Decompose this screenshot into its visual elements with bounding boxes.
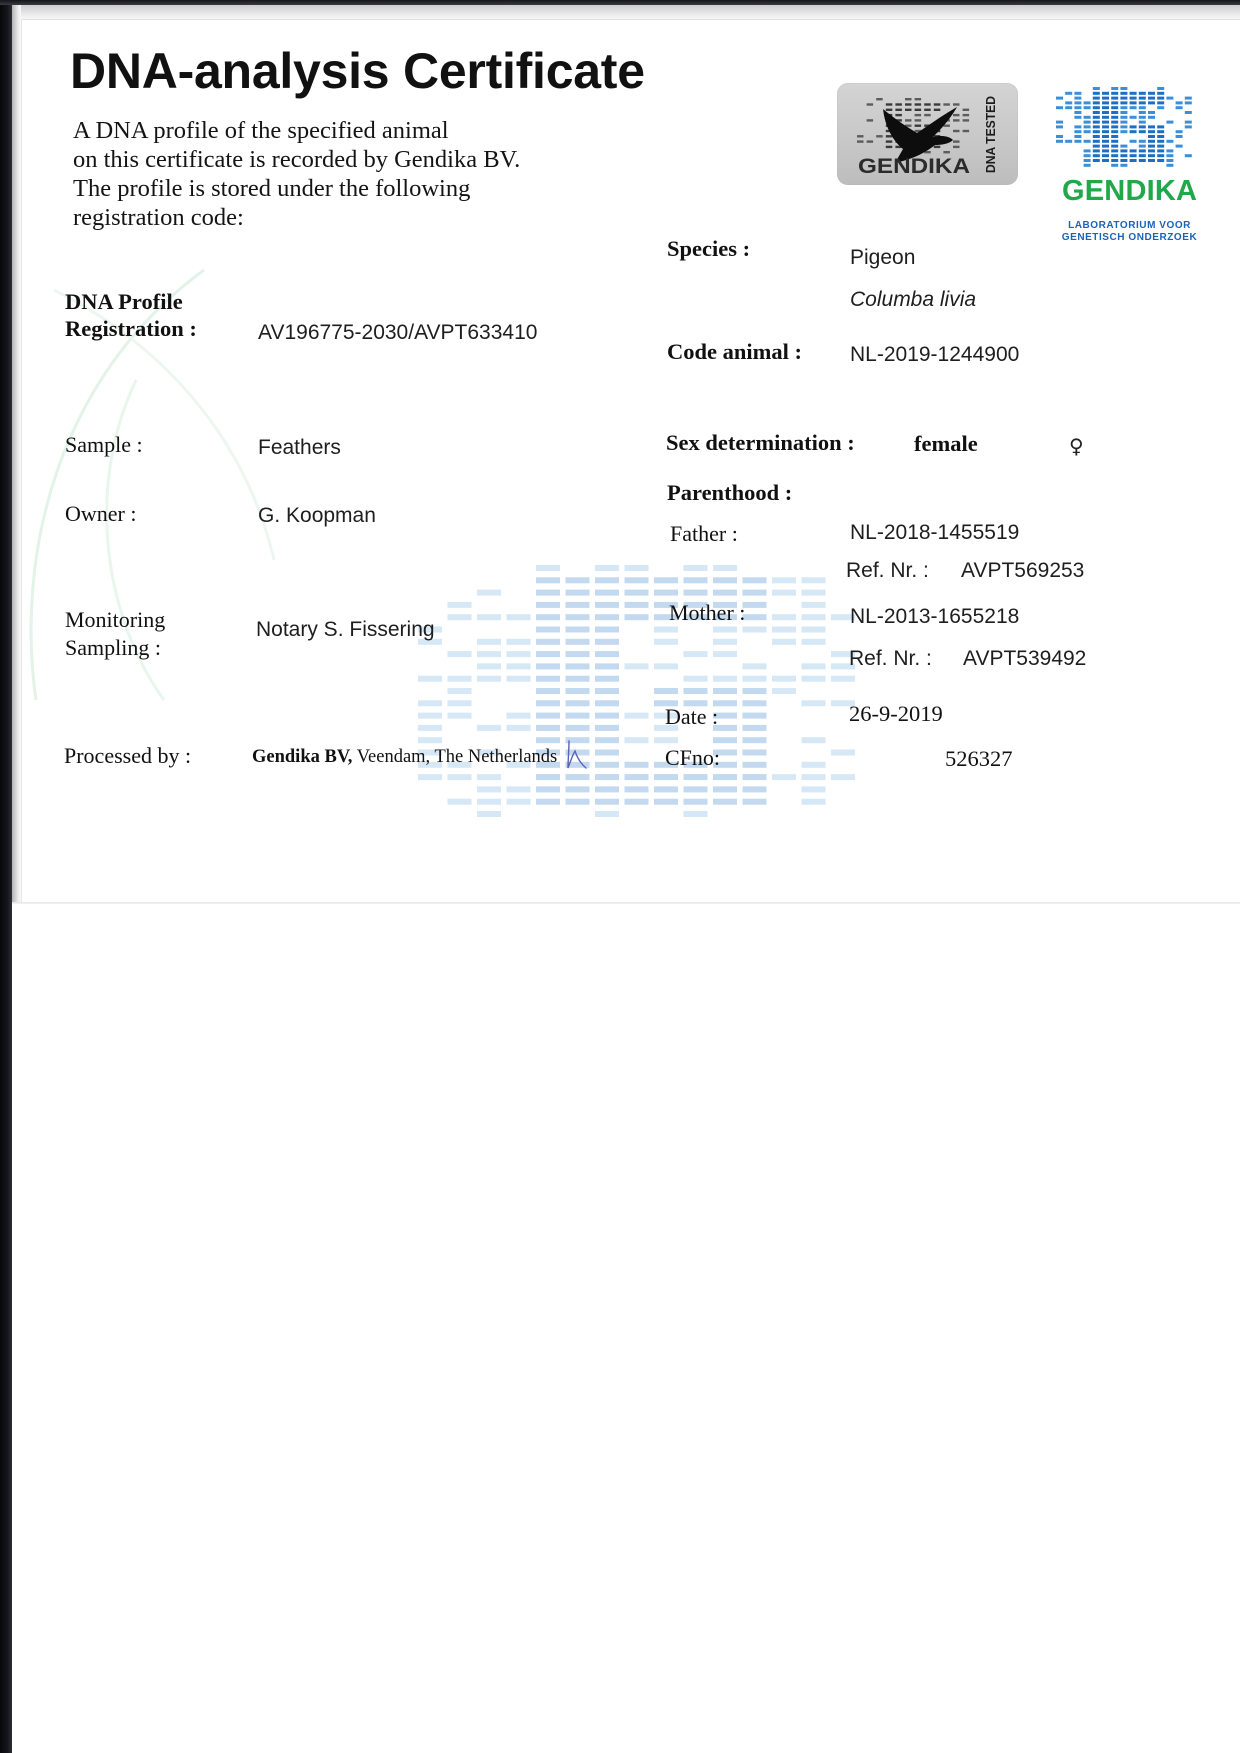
monitoring-label: Monitoring: [65, 609, 165, 631]
lab-brand-name: GENDIKA: [1062, 177, 1197, 206]
lab-tagline-line: LABORATORIUM VOOR: [1052, 220, 1207, 232]
code-animal-value: NL-2019-1244900: [850, 344, 1019, 365]
cfno-value: 526327: [945, 748, 1013, 771]
registration-label: Registration :: [65, 318, 197, 341]
dna-bars-watermark: [418, 565, 868, 827]
father-ref-label: Ref. Nr. :: [846, 560, 929, 581]
monitoring-label: Sampling :: [65, 637, 161, 659]
dna-tested-badge: GENDIKA DNA TESTED: [837, 83, 1018, 185]
card-border-bottom: [12, 902, 1240, 904]
sample-value: Feathers: [258, 437, 341, 458]
father-ref-value: AVPT569253: [961, 560, 1084, 581]
signature-initials-icon: [564, 738, 590, 770]
card-border-top: [21, 19, 1240, 20]
processed-by-location: Veendam, The Netherlands: [352, 747, 557, 767]
father-id: NL-2018-1455519: [850, 522, 1019, 543]
page-title: DNA-analysis Certificate: [70, 46, 645, 96]
sex-determination-label: Sex determination :: [666, 432, 855, 455]
processed-by-value: Gendika BV, Veendam, The Netherlands: [252, 748, 557, 767]
sample-label: Sample :: [65, 434, 143, 456]
registration-label: DNA Profile: [65, 291, 183, 314]
mother-id: NL-2013-1655218: [850, 606, 1019, 627]
species-latin-name: Columba livia: [850, 289, 976, 310]
intro-paragraph: A DNA profile of the specified animal on…: [73, 116, 520, 232]
parenthood-label: Parenthood :: [667, 482, 792, 505]
code-animal-label: Code animal :: [667, 341, 802, 364]
owner-label: Owner :: [65, 503, 136, 525]
female-symbol-icon: ♀: [1069, 436, 1084, 456]
father-label: Father :: [670, 523, 738, 545]
monitoring-value: Notary S. Fissering: [256, 619, 435, 640]
scan-edge-left: [0, 0, 12, 1753]
intro-line: registration code:: [73, 203, 520, 232]
species-common-name: Pigeon: [850, 247, 915, 268]
badge-brand: GENDIKA: [858, 155, 970, 178]
date-value: 26-9-2019: [849, 703, 943, 726]
lab-tagline: LABORATORIUM VOOR GENETISCH ONDERZOEK: [1052, 220, 1207, 243]
cfno-label: CFno:: [665, 747, 720, 769]
badge-tag: DNA TESTED: [983, 96, 998, 173]
sex-determination-value: female: [914, 433, 978, 456]
mother-ref-label: Ref. Nr. :: [849, 648, 932, 669]
processed-by-company: Gendika BV,: [252, 747, 352, 767]
intro-line: The profile is stored under the followin…: [73, 174, 520, 203]
mother-label: Mother :: [669, 602, 745, 624]
mother-ref-value: AVPT539492: [963, 648, 1086, 669]
card-edge-top: [12, 5, 1240, 19]
intro-line: on this certificate is recorded by Gendi…: [73, 145, 520, 174]
intro-line: A DNA profile of the specified animal: [73, 116, 520, 145]
gendika-logo-icon: [1056, 87, 1196, 171]
registration-code: AV196775-2030/AVPT633410: [258, 322, 537, 343]
lab-tagline-line: GENETISCH ONDERZOEK: [1052, 232, 1207, 244]
processed-by-label: Processed by :: [64, 745, 191, 767]
date-label: Date :: [665, 706, 718, 728]
owner-value: G. Koopman: [258, 505, 376, 526]
species-label: Species :: [667, 238, 750, 261]
